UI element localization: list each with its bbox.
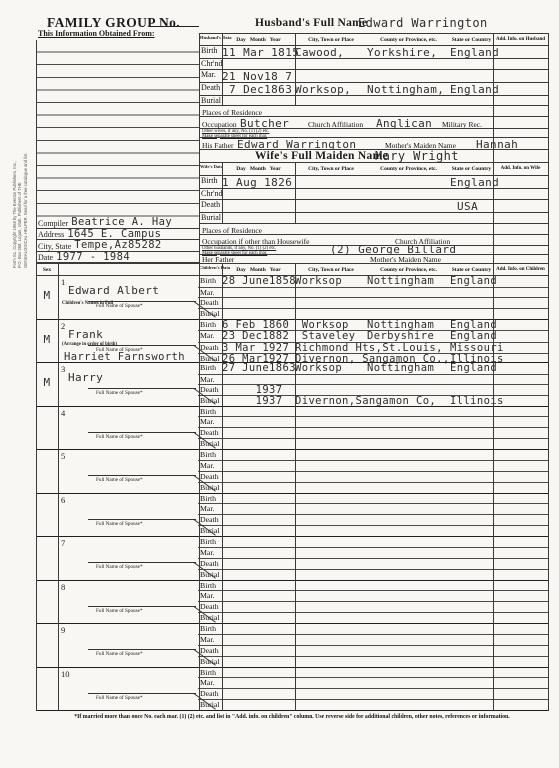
wife-event-row: Burial — [199, 213, 548, 224]
child-events: Birth Mar. — [198, 407, 548, 450]
child-name-area: 6 Full Name of Spouse* — [36, 494, 198, 537]
child-sex-value: M — [36, 377, 58, 388]
child-event-row: Burial — [198, 439, 548, 449]
child-event-row: Mar. — [198, 548, 548, 559]
event-county: Derbyshire — [367, 331, 450, 342]
event-date: 7 Dec1863 — [222, 83, 295, 95]
child-name-value: Harry — [68, 372, 103, 383]
compiler-block: Compiler Beatrice A. Hay Address 1645 E.… — [36, 217, 199, 263]
col-header-city: City, Town or Place — [295, 163, 367, 175]
husband-event-row: Death 7 Dec1863 Worksop, Nottingham, Eng… — [199, 83, 548, 96]
event-city — [295, 200, 367, 201]
event-city: Worksop — [295, 320, 367, 331]
spouse-label: Full Name of Spouse* — [96, 303, 143, 309]
wife-event-row: Chr'nd — [199, 189, 548, 200]
child-events: Birth Mar. — [198, 450, 548, 493]
event-state — [450, 96, 493, 97]
children-blocks: M 1 Edward Albert Full Name of Spouse* B… — [36, 276, 548, 711]
col-header-state: State or Country — [450, 264, 493, 275]
spouse-line — [88, 432, 196, 433]
child-name-cell: 5 Full Name of Spouse* — [58, 450, 198, 493]
col-header-county: County or Province, etc. — [367, 264, 450, 275]
child-event-row: Mar. — [198, 288, 548, 299]
spouse-line — [88, 562, 196, 563]
event-date: 3 Mar 1927 — [222, 343, 295, 354]
child-event-row: Birth — [198, 450, 548, 461]
husband-event-row: Mar. 21 Nov18 7 — [199, 70, 548, 83]
event-label: Birth — [198, 320, 222, 329]
occupation-value: Butcher — [240, 118, 289, 129]
child-event-row: Death — [198, 646, 548, 657]
child-number: 2 — [61, 321, 65, 331]
child-name-value: Frank — [68, 329, 103, 340]
child-event-row: Death — [198, 689, 548, 700]
event-label: Mar. — [199, 70, 222, 79]
event-state: USA — [450, 200, 493, 212]
event-city: Staveley — [295, 331, 367, 342]
husband-event-row: Burial — [199, 96, 548, 107]
source-ruled-lines — [36, 40, 199, 217]
compiler-row-label: Address — [38, 230, 64, 239]
event-label: Mar. — [198, 678, 222, 687]
compiler-row: City, State Tempe,Az85282 — [36, 240, 199, 252]
event-county — [367, 200, 450, 201]
husband-title-row: Husband's Full Name Edward Warrington — [199, 14, 548, 33]
child-event-row: Death — [198, 602, 548, 613]
event-city — [295, 189, 367, 190]
spouse-line — [88, 301, 196, 302]
child-event-row: Death — [198, 515, 548, 526]
event-label: Burial — [199, 213, 222, 222]
event-date — [222, 59, 295, 60]
wife-parents-row: Her Father Mother's Maiden Name — [199, 255, 548, 263]
child-event-row: Burial — [198, 657, 548, 667]
child-events: Birth Mar. — [198, 668, 548, 711]
table-left-border-line — [199, 33, 200, 711]
event-city: Richmond Hts,St.Louis, — [295, 343, 367, 354]
event-city — [295, 59, 367, 60]
child-name-cell: 10 Full Name of Spouse* — [58, 668, 198, 711]
event-state: England — [450, 46, 493, 58]
event-date: 28 June1858 — [222, 276, 295, 287]
child-events: Birth Mar. — [198, 624, 548, 667]
event-label: Death — [199, 83, 222, 92]
event-date — [222, 213, 295, 214]
event-state: England — [450, 276, 493, 287]
event-date — [222, 96, 295, 97]
event-city: Cawood, — [295, 46, 367, 58]
form-footnote: *If married more than once No. each mar.… — [36, 714, 548, 720]
wife-name-label: Wife's Full Maiden Name — [255, 150, 388, 162]
his-father-label: His Father — [202, 141, 233, 150]
col-header-date: Day Month Year — [222, 163, 295, 175]
date-column-line — [295, 33, 296, 106]
wife-event-row: Birth 1 Aug 1826 England — [199, 176, 548, 189]
children-data-label: Children's Data — [198, 264, 222, 275]
child-event-row: Mar. — [198, 678, 548, 689]
wife-data-rows: Birth 1 Aug 1826 England Chr'nd Death — [199, 176, 548, 224]
child-record-block: 6 Full Name of Spouse* Birth — [36, 494, 548, 538]
sex-column-line — [58, 263, 59, 711]
wife-data-label: Wife's Data — [199, 163, 222, 175]
child-event-row: Death — [198, 472, 548, 483]
event-label: Mar. — [198, 635, 222, 644]
event-state — [450, 213, 493, 214]
label-column-line — [222, 163, 223, 224]
event-date — [222, 200, 295, 201]
event-label: Birth — [198, 537, 222, 546]
spouse-label: Full Name of Spouse* — [96, 434, 143, 440]
husband-table-header: Husband's Data Day Month Year City, Town… — [199, 33, 548, 46]
col-header-city: City, Town or Place — [295, 264, 367, 275]
child-event-row: Birth 28 June1858 Worksop Nottingham Eng… — [198, 276, 548, 288]
event-state: Illinois — [450, 396, 493, 407]
information-obtained-label: This Information Obtained From: — [38, 29, 155, 38]
event-label: Chr'nd — [199, 189, 222, 198]
sex-col-header: Sex — [36, 264, 58, 275]
child-number: 8 — [61, 582, 65, 592]
child-record-block: M 2 Frank Full Name of Spouse* Harriet F… — [36, 320, 548, 364]
child-event-row: Birth — [198, 668, 548, 679]
child-events: Birth Mar. — [198, 494, 548, 537]
occupation-label: Occupation — [202, 120, 237, 129]
church-affiliation-value: Anglican — [376, 118, 432, 129]
event-state: England — [450, 320, 493, 331]
form-number-blank-line — [149, 26, 199, 27]
child-event-row: Death — [198, 298, 548, 309]
event-label: Birth — [198, 668, 222, 677]
compiler-row-value: 1977 - 1984 — [56, 252, 130, 263]
event-date: 11 Mar 1815 — [222, 46, 295, 58]
label-column-line — [222, 263, 223, 711]
child-event-row: Birth — [198, 407, 548, 418]
event-label: Mar. — [198, 417, 222, 426]
compiler-row: Date 1977 - 1984 — [36, 252, 199, 264]
event-state — [450, 70, 493, 71]
compiler-row-label: Date — [38, 253, 53, 262]
event-county — [367, 213, 450, 214]
col-header-state: State or Country — [450, 34, 493, 45]
date-column-line — [295, 263, 296, 711]
event-county — [367, 59, 450, 60]
event-label: Birth — [198, 581, 222, 590]
child-event-row: Birth — [198, 581, 548, 592]
spouse-line — [88, 649, 196, 650]
event-county: Yorkshire, — [367, 46, 450, 58]
event-label: Birth — [198, 494, 222, 503]
event-label: Birth — [198, 624, 222, 633]
event-label: Mar. — [198, 548, 222, 557]
child-number: 10 — [61, 669, 70, 679]
event-city — [295, 176, 367, 177]
child-name-area: 10 Full Name of Spouse* — [36, 668, 198, 711]
event-city: Worksop, — [295, 83, 367, 95]
event-county: Nottingham — [367, 320, 450, 331]
col-header-add-info: Add. Info. on Husband — [493, 34, 548, 45]
spouse-label: Full Name of Spouse* — [96, 608, 143, 614]
wife-name-value: Mary Wright — [375, 150, 459, 162]
event-label: Mar. — [198, 331, 222, 340]
event-state: England — [450, 363, 493, 374]
child-event-row: Burial — [198, 700, 548, 710]
compiler-row-value: Tempe,Az85282 — [74, 240, 161, 251]
col-header-city: City, Town or Place — [295, 34, 367, 45]
child-events: Birth 28 June1858 Worksop Nottingham Eng… — [198, 276, 548, 319]
spouse-label: Full Name of Spouse* — [96, 521, 143, 527]
event-label: Birth — [199, 176, 222, 185]
spouse-line — [88, 693, 196, 694]
child-name-area: 4 Full Name of Spouse* — [36, 407, 198, 450]
husband-other-wives-row: Other wives, if any, No. (1) (2) etc. Ma… — [199, 129, 548, 138]
child-name-area: 9 Full Name of Spouse* — [36, 624, 198, 667]
child-number: 6 — [61, 495, 65, 505]
family-group-record-page: Form S1. Copyright 1968 by The Everton P… — [0, 0, 559, 768]
publisher-margin-note: Form S1. Copyright 1968 by The Everton P… — [12, 152, 28, 268]
child-record-block: M 3 Harry Full Name of Spouse* Birth — [36, 363, 548, 407]
col-header-date: Day Month Year — [222, 264, 295, 275]
col-header-add-info: Add. Info. on Wife — [493, 163, 548, 175]
mother-maiden-name-value: Hannah — [476, 139, 518, 150]
child-sex-value: M — [36, 290, 58, 301]
event-city: Worksop — [295, 276, 367, 287]
event-county — [367, 176, 450, 177]
event-label: Birth — [198, 276, 222, 285]
event-date: 21 Nov18 7 — [222, 70, 295, 82]
church-affiliation-label: Church Affiliation — [308, 120, 363, 129]
child-name-cell: 2 Frank Full Name of Spouse* Harriet Far… — [58, 320, 198, 363]
wife-table-header: Wife's Data Day Month Year City, Town or… — [199, 163, 548, 176]
child-event-row: Mar. — [198, 417, 548, 428]
event-county — [367, 189, 450, 190]
spouse-line — [88, 345, 196, 346]
child-event-row: Death — [198, 559, 548, 570]
event-label: Burial — [198, 354, 222, 363]
compiler-row-label: City, State — [38, 242, 71, 251]
event-county: Nottingham — [367, 276, 450, 287]
col-header-add-info: Add. Info. on Children — [493, 264, 548, 275]
child-name-value: Edward Albert — [68, 285, 159, 296]
event-date: 1937 — [222, 385, 295, 396]
child-event-row: Burial — [198, 483, 548, 493]
child-events: Birth 27 June1863 Worksop Nottingham Eng… — [198, 363, 548, 406]
places-of-residence-label: Places of Residence — [202, 226, 262, 235]
husband-name-value: Edward Warrington — [358, 17, 488, 29]
event-date: 1 Aug 1826 — [222, 176, 295, 188]
his-father-value: Edward Warrington — [237, 139, 356, 150]
col-header-state: State or Country — [450, 163, 493, 175]
spouse-label: Full Name of Spouse* — [96, 390, 143, 396]
event-label: Death — [198, 602, 222, 611]
event-label: Death — [199, 200, 222, 209]
spouse-line — [88, 475, 196, 476]
event-label: Death — [198, 428, 222, 437]
husband-occupation-row: Occupation Butcher Church Affiliation An… — [199, 117, 548, 129]
event-county — [367, 70, 450, 71]
event-state: England — [450, 176, 493, 188]
military-record-label: Military Rec. — [442, 120, 482, 129]
spouse-label: Full Name of Spouse* — [96, 564, 143, 570]
child-name-area: M 2 Frank Full Name of Spouse* Harriet F… — [36, 320, 198, 363]
child-event-row: Mar. — [198, 461, 548, 472]
child-event-row: Burial — [198, 570, 548, 580]
spouse-line — [88, 519, 196, 520]
child-event-row: Burial 1937 Divernon,Sangamon Co, Illino… — [198, 396, 548, 407]
col-header-county: County or Province, etc. — [367, 163, 450, 175]
child-record-block: M 1 Edward Albert Full Name of Spouse* B… — [36, 276, 548, 320]
compiler-row-value: Beatrice A. Hay — [71, 217, 172, 228]
event-city — [295, 70, 367, 71]
event-city — [295, 96, 367, 97]
event-city — [295, 213, 367, 214]
child-number: 9 — [61, 625, 65, 635]
event-label: Mar. — [198, 461, 222, 470]
places-of-residence-label: Places of Residence — [202, 108, 262, 117]
event-label: Mar. — [198, 504, 222, 513]
wife-occupation-label: Occupation if other than Housewife — [202, 237, 309, 246]
child-event-row: Mar. — [198, 591, 548, 602]
child-number: 4 — [61, 408, 65, 418]
event-label: Mar. — [198, 375, 222, 384]
event-label: Birth — [198, 407, 222, 416]
child-event-row: Mar. — [198, 504, 548, 515]
husband-data-label: Husband's Data — [199, 34, 222, 45]
child-name-cell: 4 Full Name of Spouse* — [58, 407, 198, 450]
event-county: Nottingham, — [367, 83, 450, 95]
spouse-line — [88, 388, 196, 389]
child-event-row: Mar. 23 Dec1882 Staveley Derbyshire Engl… — [198, 331, 548, 343]
child-events: Birth Mar. — [198, 537, 548, 580]
event-label: Birth — [199, 46, 222, 55]
child-name-cell: 3 Harry Full Name of Spouse* — [58, 363, 198, 406]
husband-event-row: Chr'nd — [199, 59, 548, 70]
child-event-row: Death — [198, 428, 548, 439]
event-state: Missouri — [450, 343, 493, 354]
children-names-col-header: Children's Names in Full (Arrange in ord… — [58, 264, 198, 275]
child-record-block: 5 Full Name of Spouse* Birth — [36, 450, 548, 494]
child-record-block: 9 Full Name of Spouse* Birth — [36, 624, 548, 668]
child-name-cell: 9 Full Name of Spouse* — [58, 624, 198, 667]
child-record-block: 10 Full Name of Spouse* Birth — [36, 668, 548, 712]
event-state — [450, 189, 493, 190]
child-event-row: Birth — [198, 494, 548, 505]
husband-parents-row: His Father Edward Warrington Mother's Ma… — [199, 138, 548, 150]
husband-places-row: Places of Residence — [199, 106, 548, 117]
wife-other-husbands-row: Other husbands, if any, No. (1) (2) etc.… — [199, 246, 548, 255]
event-label: Death — [198, 689, 222, 698]
event-date: 23 Dec1882 — [222, 331, 295, 342]
child-record-block: 8 Full Name of Spouse* Birth — [36, 581, 548, 625]
child-events: Birth Mar. — [198, 581, 548, 624]
event-date: 6 Feb 1860 — [222, 320, 295, 331]
child-record-block: 4 Full Name of Spouse* Birth — [36, 407, 548, 451]
spouse-label: Full Name of Spouse* — [96, 651, 143, 657]
event-date: 1937 — [222, 396, 295, 407]
event-state: England — [450, 83, 493, 95]
child-event-row: Mar. — [198, 635, 548, 646]
child-event-row: Burial — [198, 613, 548, 623]
child-number: 3 — [61, 364, 65, 374]
child-number: 7 — [61, 538, 65, 548]
child-name-area: 8 Full Name of Spouse* — [36, 581, 198, 624]
event-label: Death — [198, 515, 222, 524]
event-label: Mar. — [198, 288, 222, 297]
col-header-date: Day Month Year — [222, 34, 295, 45]
event-label: Burial — [199, 96, 222, 105]
child-sex-value: M — [36, 334, 58, 345]
compiler-row-label: Compiler — [38, 219, 68, 228]
child-name-area: M 3 Harry Full Name of Spouse* — [36, 363, 198, 406]
wife-places-row: Places of Residence — [199, 224, 548, 235]
husband-data-rows: Birth 11 Mar 1815 Cawood, Yorkshire, Eng… — [199, 46, 548, 106]
event-label: Chr'nd — [199, 59, 222, 68]
child-number: 5 — [61, 451, 65, 461]
child-event-row: Birth — [198, 624, 548, 635]
child-name-cell: 1 Edward Albert Full Name of Spouse* — [58, 276, 198, 319]
event-date: 27 June1863 — [222, 363, 295, 374]
wife-event-row: Death USA — [199, 200, 548, 213]
event-label: Mar. — [198, 591, 222, 600]
child-name-area: 5 Full Name of Spouse* — [36, 450, 198, 493]
event-label: Birth — [198, 450, 222, 459]
other-husband-value: (2) George Billard — [330, 244, 456, 255]
compiler-row-value: 1645 E. Campus — [67, 229, 161, 240]
event-city: Divernon,Sangamon Co, — [295, 396, 367, 407]
compiler-row: Compiler Beatrice A. Hay — [36, 217, 199, 229]
date-column-line — [295, 163, 296, 224]
child-spouse-value: Harriet Farnsworth — [64, 352, 185, 363]
event-state: England — [450, 331, 493, 342]
event-city: Worksop — [295, 363, 367, 374]
child-event-row: Burial — [198, 526, 548, 536]
event-state — [450, 59, 493, 60]
label-column-line — [222, 33, 223, 106]
child-event-row: Birth 27 June1863 Worksop Nottingham Eng… — [198, 363, 548, 375]
spouse-label: Full Name of Spouse* — [96, 695, 143, 701]
child-event-row: Birth — [198, 537, 548, 548]
child-events: Birth 6 Feb 1860 Worksop Nottingham Engl… — [198, 320, 548, 363]
child-name-cell: 6 Full Name of Spouse* — [58, 494, 198, 537]
child-name-cell: 7 Full Name of Spouse* — [58, 537, 198, 580]
event-label: Birth — [198, 363, 222, 372]
husband-event-row: Birth 11 Mar 1815 Cawood, Yorkshire, Eng… — [199, 46, 548, 59]
child-record-block: 7 Full Name of Spouse* Birth — [36, 537, 548, 581]
spouse-line — [88, 606, 196, 607]
husband-name-label: Husband's Full Name — [255, 17, 367, 29]
add-info-column-line — [493, 33, 494, 711]
child-number: 1 — [61, 277, 65, 287]
wife-title-row: Wife's Full Maiden Name Mary Wright — [199, 150, 548, 163]
child-name-area: M 1 Edward Albert Full Name of Spouse* — [36, 276, 198, 319]
form-right-border-line — [548, 33, 549, 711]
event-county — [367, 96, 450, 97]
child-name-cell: 8 Full Name of Spouse* — [58, 581, 198, 624]
child-name-area: 7 Full Name of Spouse* — [36, 537, 198, 580]
form-left-border-line — [36, 40, 37, 711]
event-date — [222, 189, 295, 190]
col-header-county: County or Province, etc. — [367, 34, 450, 45]
spouse-label: Full Name of Spouse* — [96, 477, 143, 483]
child-event-row: Burial — [198, 309, 548, 319]
event-county: Nottingham — [367, 363, 450, 374]
